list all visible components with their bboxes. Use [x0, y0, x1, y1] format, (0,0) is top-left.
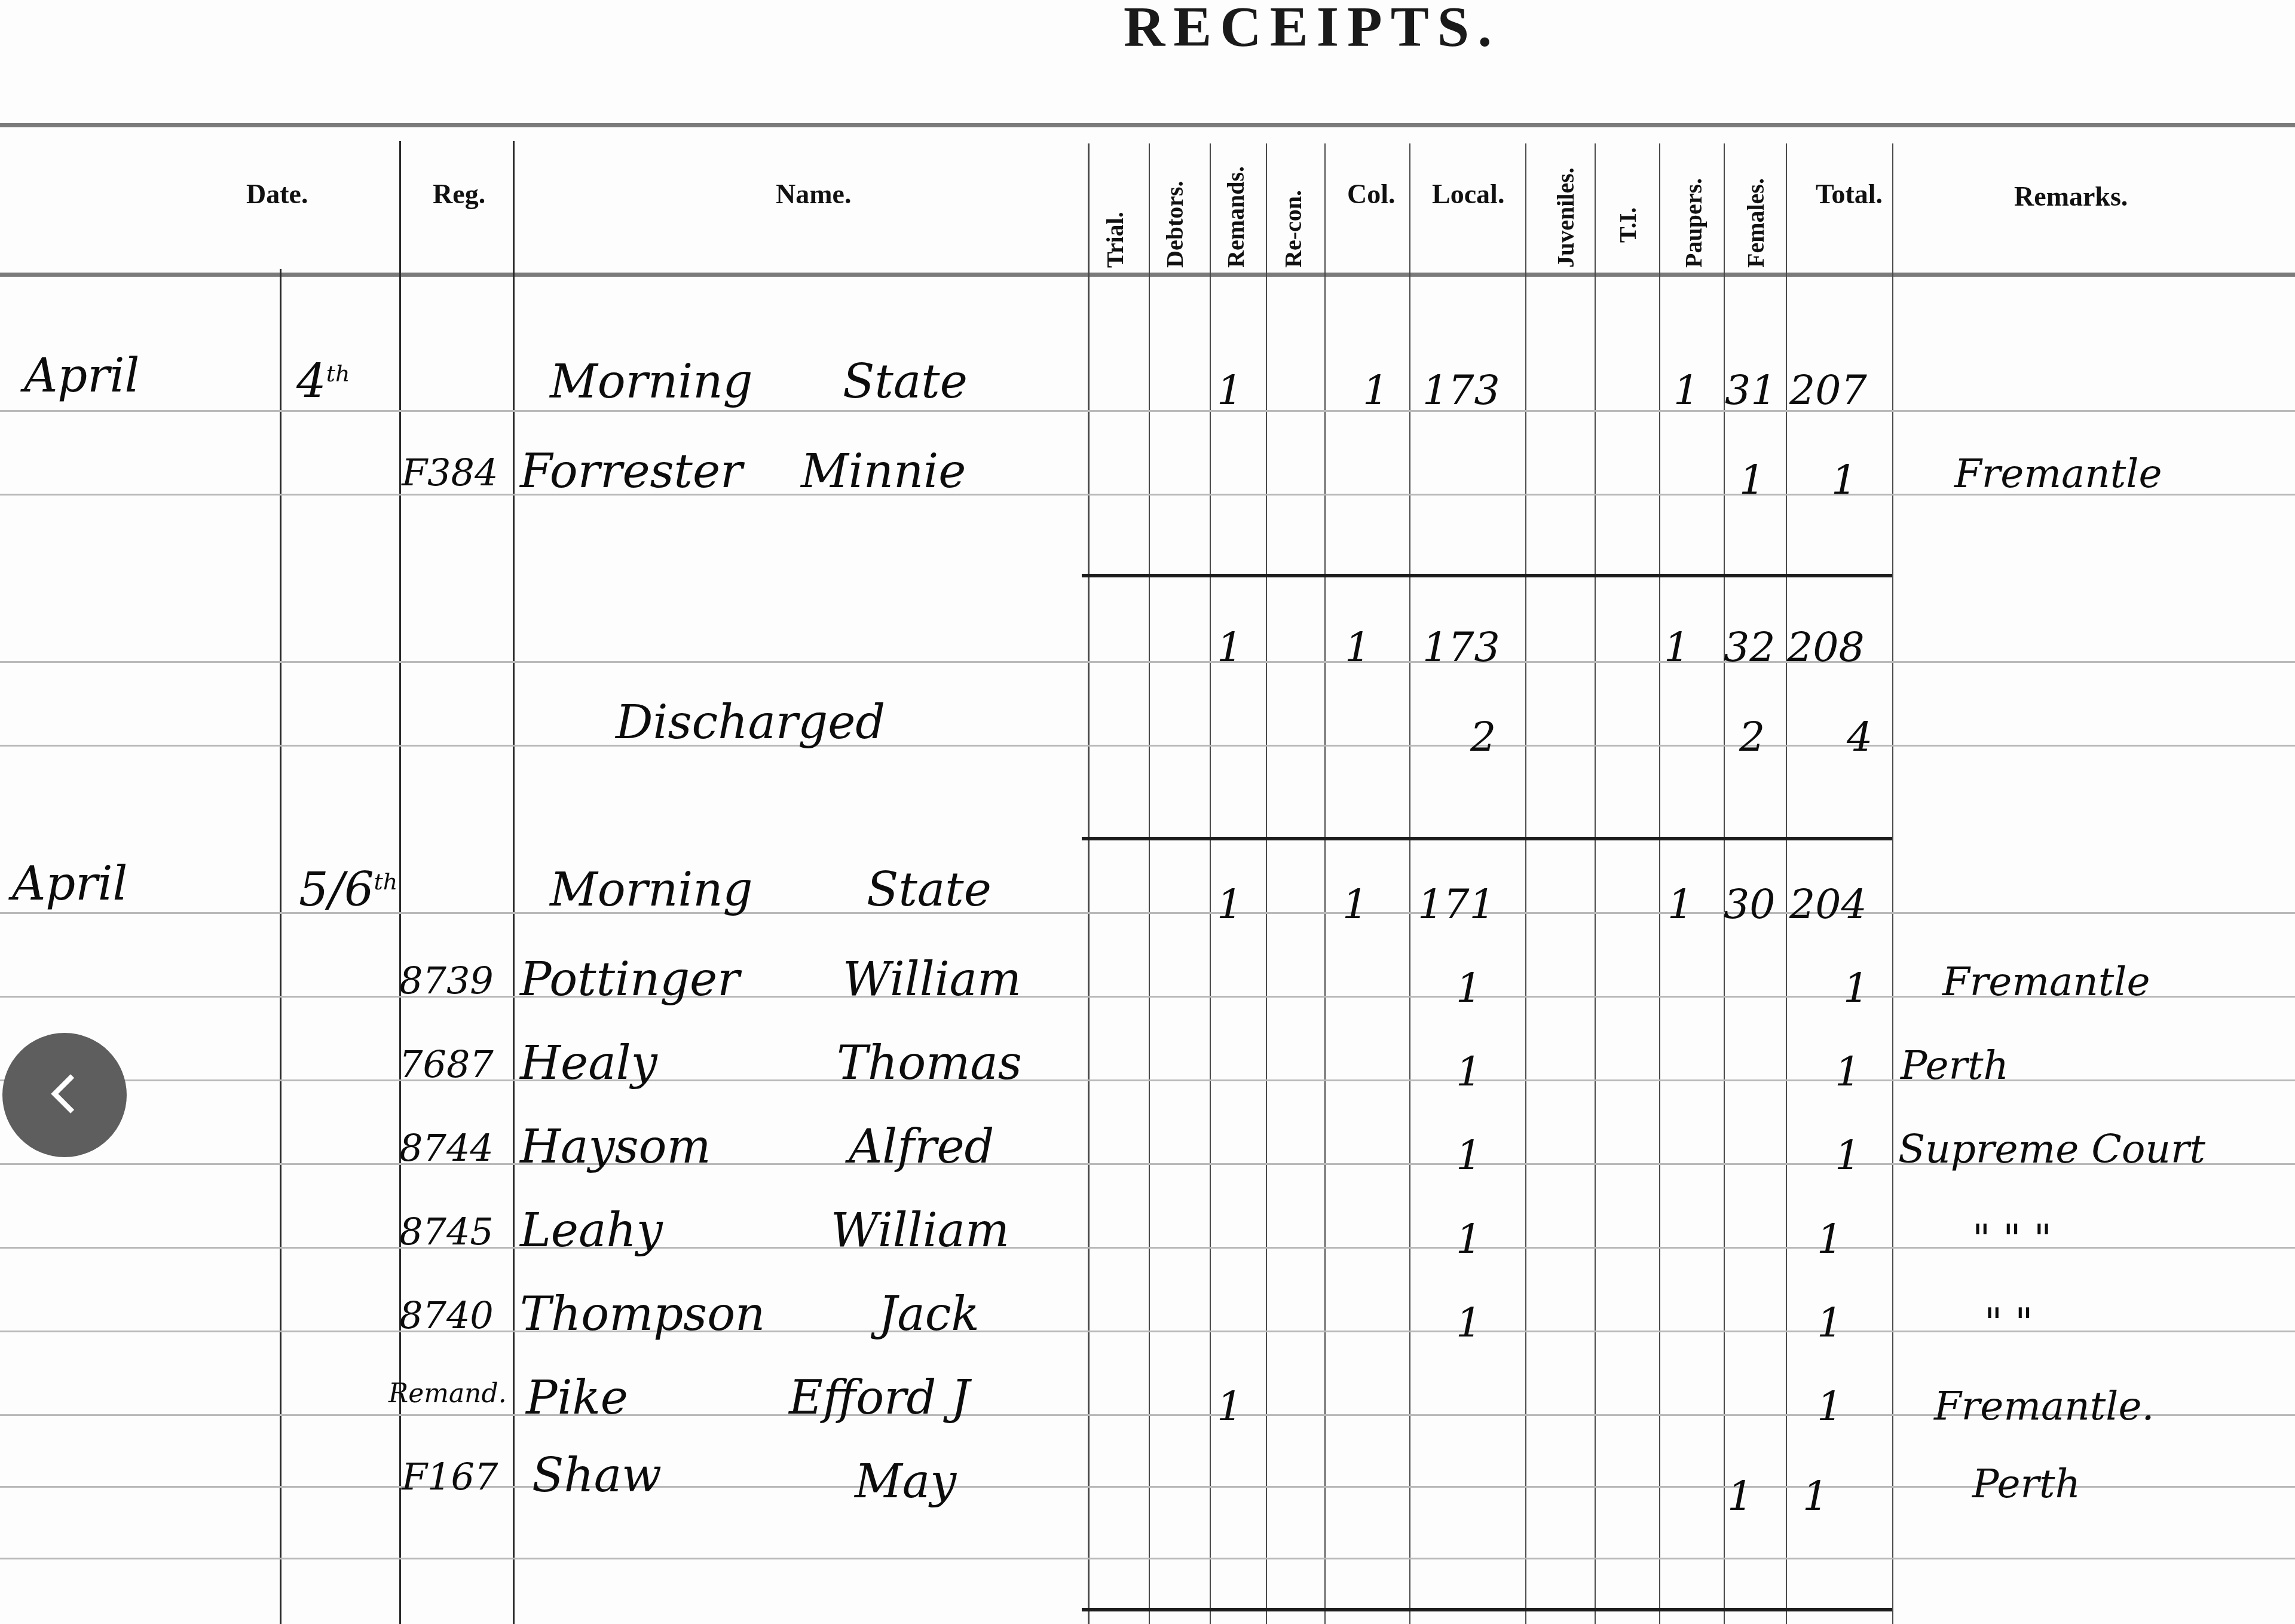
entry-remarks: Fremantle	[1954, 454, 2162, 494]
entry-surname: Shaw	[532, 1452, 662, 1499]
header-females: Females.	[1742, 178, 1770, 268]
entry-surname: Haysom	[520, 1124, 711, 1170]
ti-paupers-divider	[1659, 143, 1660, 1624]
entry-reg: F167	[402, 1458, 498, 1495]
header-remands: Remands.	[1222, 166, 1250, 268]
header-remarks: Remarks.	[2014, 181, 2128, 212]
entry-surname: Pottinger	[520, 956, 740, 1003]
chevron-left-icon	[41, 1070, 88, 1120]
ruled-line	[0, 1486, 2295, 1488]
entry-remands: 1	[1217, 371, 1243, 411]
entry-remarks: " " "	[1972, 1219, 2052, 1259]
entry-local: 1	[1456, 1219, 1482, 1260]
entry-total: 204	[1789, 885, 1867, 925]
entry-total: 1	[1817, 1219, 1843, 1260]
name-trial-divider	[1088, 143, 1090, 1624]
subtotal-rule	[1082, 1608, 1892, 1611]
page-title: RECEIPTS.	[1124, 0, 1500, 54]
entry-given: State	[843, 359, 968, 405]
local-juveniles-divider	[1525, 143, 1526, 1624]
entry-females: 31	[1725, 371, 1777, 411]
entry-total: 1	[1843, 968, 1869, 1009]
entry-col: 1	[1345, 628, 1370, 668]
entry-remands: 1	[1217, 885, 1243, 925]
entry-day-suffix: th	[326, 360, 350, 387]
entry-reg: 8740	[399, 1297, 494, 1334]
entry-remarks: " "	[1984, 1303, 2033, 1342]
entry-females: 30	[1724, 885, 1776, 925]
entry-total: 1	[1803, 1476, 1828, 1517]
header-top-rule	[0, 123, 2295, 127]
ruled-line	[0, 1558, 2295, 1559]
entry-surname: Healy	[520, 1040, 657, 1087]
entry-given: Jack	[879, 1291, 980, 1338]
entry-surname: Morning	[550, 359, 752, 405]
entry-local: 1	[1456, 1136, 1482, 1176]
header-recon: Re-con.	[1279, 190, 1307, 268]
entry-total: 1	[1817, 1303, 1843, 1344]
header-date: Date.	[246, 178, 308, 210]
entry-total: 1	[1835, 1052, 1861, 1093]
entry-given: William	[843, 956, 1021, 1003]
entry-females: 2	[1739, 717, 1765, 758]
entry-surname: Thompson	[520, 1291, 765, 1338]
entry-given: Minnie	[801, 448, 966, 495]
header-name: Name.	[776, 178, 851, 210]
entry-total: 1	[1831, 460, 1857, 501]
ruled-line	[0, 745, 2295, 747]
entry-surname: Morning	[550, 867, 752, 913]
entry-reg: 8739	[399, 962, 494, 999]
entry-surname: Pike	[526, 1375, 628, 1421]
subtotal-rule	[1082, 574, 1892, 577]
entry-remarks: Fremantle	[1942, 962, 2150, 1002]
entry-females: 32	[1724, 628, 1776, 668]
debtors-remands-divider	[1210, 143, 1211, 1624]
entry-paupers: 1	[1673, 371, 1699, 411]
ruled-line	[0, 661, 2295, 663]
entry-given: William	[831, 1207, 1009, 1254]
entry-local: 1	[1456, 1303, 1482, 1344]
header-ti: T.I.	[1614, 207, 1642, 243]
ruled-line	[0, 410, 2295, 412]
entry-total: 207	[1789, 371, 1867, 411]
header-debtors: Debtors.	[1161, 181, 1189, 268]
entry-given: Thomas	[837, 1040, 1022, 1087]
ruled-line	[0, 1247, 2295, 1249]
entry-females: 1	[1739, 460, 1765, 501]
entry-day-value: 5/6	[299, 863, 374, 917]
entry-month: April	[24, 353, 139, 399]
entry-surname: Forrester	[520, 448, 742, 495]
entry-total: 1	[1817, 1387, 1843, 1427]
entry-remarks: Fremantle.	[1934, 1387, 2155, 1426]
trial-debtors-divider	[1149, 143, 1150, 1624]
header-total: Total.	[1816, 178, 1883, 210]
date-day-divider	[280, 269, 281, 1624]
entry-reg: 7687	[399, 1046, 494, 1083]
header-paupers: Paupers.	[1679, 178, 1708, 268]
entry-given: May	[855, 1458, 956, 1505]
entry-total: 1	[1835, 1136, 1861, 1176]
entry-day: 5/6th	[299, 867, 397, 913]
remands-recon-divider	[1266, 143, 1267, 1624]
entry-females: 1	[1727, 1476, 1753, 1517]
entry-total: 4	[1847, 717, 1872, 758]
col-local-divider	[1409, 143, 1410, 1624]
entry-day: 4th	[296, 359, 350, 405]
header-col: Col.	[1347, 178, 1396, 210]
entry-remands: 1	[1217, 1387, 1243, 1427]
females-total-divider	[1786, 143, 1787, 1624]
entry-col: 1	[1363, 371, 1388, 411]
entry-col: 1	[1342, 885, 1368, 925]
entry-remarks: Perth	[1901, 1046, 2009, 1085]
header-bottom-rule	[0, 273, 2295, 277]
entry-remands: 1	[1217, 628, 1243, 668]
entry-local: 171	[1418, 885, 1495, 925]
entry-local: 173	[1422, 371, 1500, 411]
entry-day-value: 4	[296, 355, 326, 409]
entry-reg: F384	[402, 454, 498, 491]
juveniles-ti-divider	[1595, 143, 1596, 1624]
entry-given: Efford J	[789, 1375, 969, 1421]
entry-month: April	[12, 861, 127, 907]
header-trial: Trial.	[1101, 212, 1129, 268]
entry-paupers: 1	[1667, 885, 1693, 925]
entry-local: 2	[1470, 717, 1496, 758]
total-remarks-divider	[1892, 143, 1893, 1624]
subtotal-rule	[1082, 837, 1892, 840]
entry-reg: 8745	[399, 1213, 494, 1250]
entry-local: 1	[1456, 968, 1482, 1009]
entry-day-suffix: th	[374, 868, 398, 895]
entry-surname: Leahy	[520, 1207, 663, 1254]
entry-given: Alfred	[849, 1124, 994, 1170]
entry-paupers: 1	[1664, 628, 1690, 668]
header-local: Local.	[1432, 178, 1504, 210]
ruled-line	[0, 1331, 2295, 1332]
entry-reg: 8744	[399, 1130, 494, 1167]
entry-total: 208	[1787, 628, 1865, 668]
entry-remarks: Perth	[1972, 1464, 2080, 1504]
entry-reg: Remand.	[388, 1381, 507, 1407]
ruled-line	[0, 494, 2295, 496]
reg-name-divider	[513, 141, 515, 1624]
header-juveniles: Juveniles.	[1552, 167, 1580, 268]
recon-col-divider	[1324, 143, 1326, 1624]
entry-remarks: Supreme Court	[1898, 1130, 2205, 1169]
header-reg: Reg.	[433, 178, 485, 210]
entry-local: 1	[1456, 1052, 1482, 1093]
entry-given: State	[867, 867, 992, 913]
previous-page-button[interactable]	[2, 1033, 127, 1157]
entry-surname: Discharged	[616, 699, 885, 746]
entry-local: 173	[1422, 628, 1500, 668]
